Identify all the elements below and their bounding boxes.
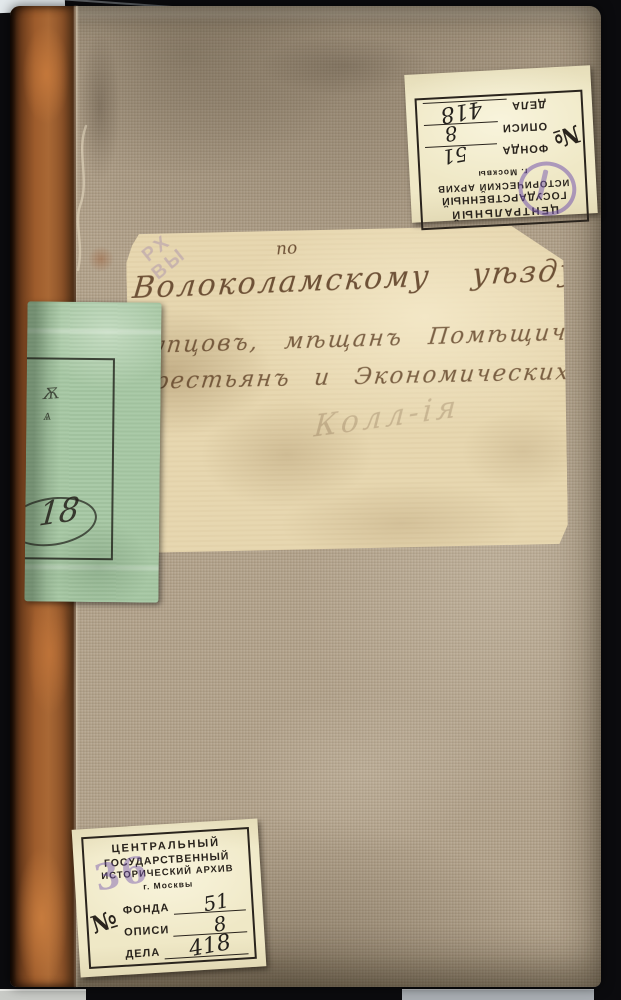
delo-value: 418	[187, 930, 233, 962]
partial-glyph: ѧ	[43, 404, 61, 426]
book-cover: РХ ВЫ по Волоколамскому уѣзду. Купцовъ, …	[10, 6, 601, 987]
green-label-partial-text: Ѫ ѧ	[41, 383, 60, 426]
faded-handwritten-note: Колл-ія	[313, 389, 461, 445]
handwritten-title-line2: Купцовъ, мѣщанъ Помѣщичьихъ	[130, 318, 621, 360]
numero-sign: №	[542, 93, 583, 154]
opis-label: ОПИСИ	[501, 118, 547, 133]
archive-stamp-label-bottom: ЦЕНТРАЛЬНЫЙ ГОСУДАРСТВЕННЫЙ ИСТОРИЧЕСКИЙ…	[72, 818, 267, 977]
label-content: ЦЕНТРАЛЬНЫЙ ГОСУДАРСТВЕННЫЙ ИСТОРИЧЕСКИЙ…	[72, 826, 267, 985]
archival-photo: РХ ВЫ по Волоколамскому уѣзду. Купцовъ, …	[0, 0, 621, 1000]
title-paper-label: РХ ВЫ по Волоколамскому уѣзду. Купцовъ, …	[126, 225, 568, 553]
handwritten-preposition: по	[275, 238, 297, 259]
delo-value-line: 418	[163, 932, 248, 960]
green-spine-label: Ѫ ѧ 18	[24, 301, 161, 602]
green-label-number: 18	[37, 489, 81, 534]
scale-bar-segment-left	[0, 989, 86, 1000]
label-fields: ФОНДА 51 ОПИСИ 8	[122, 889, 249, 962]
delo-value-line: 418	[423, 98, 508, 125]
handwritten-title-line3: Крестьянъ и Экономическихъ-	[132, 358, 599, 395]
handwritten-title-line1: Волоколамскому уѣзду.	[131, 253, 592, 307]
label-fields: ФОНДА 51 ОПИСИ 8	[423, 96, 549, 168]
canvas-stain	[88, 246, 114, 272]
delo-label: ДЕЛА	[125, 947, 161, 962]
label-number-row: № ФОНДА 51 ОПИСИ 8	[93, 889, 249, 964]
canvas-stain	[80, 32, 120, 182]
delo-value: 418	[438, 95, 484, 127]
scale-bar-segment-right	[402, 989, 594, 1000]
delo-label: ДЕЛА	[511, 96, 546, 111]
fond-label: ФОНДА	[501, 140, 548, 155]
partial-glyph: Ѫ	[41, 383, 59, 405]
label-number-row: № ФОНДА 51 ОПИСИ 8	[423, 95, 578, 169]
archive-stamp-label-top: ЦЕНТРАЛЬНЫЙ ГОСУДАРСТВЕННЫЙ ИСТОРИЧЕСКИЙ…	[404, 65, 597, 223]
